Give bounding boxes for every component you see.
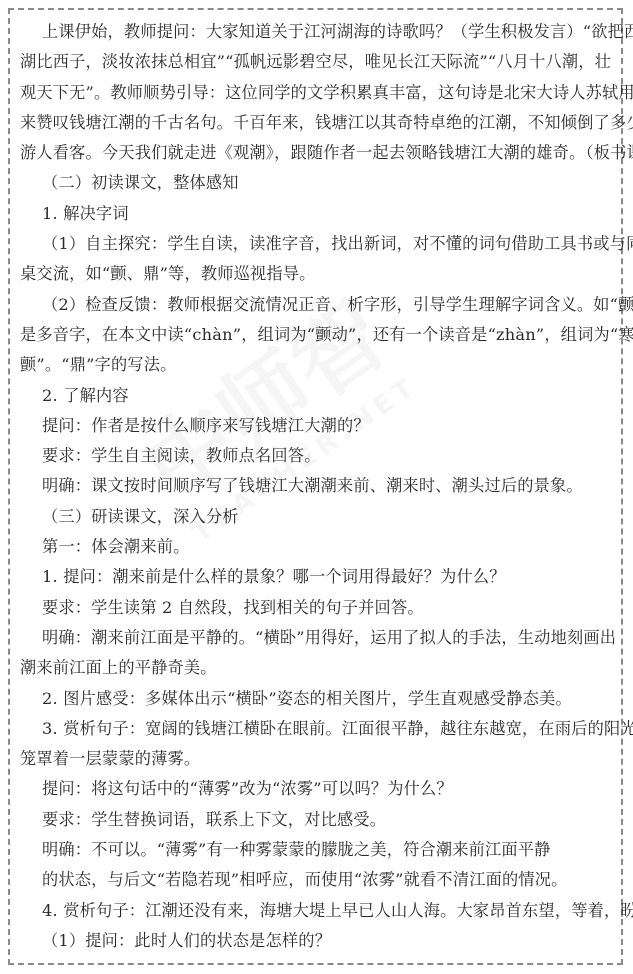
text-line: 笼罩着一层蒙蒙的薄雾。 bbox=[20, 744, 620, 774]
text-line: 明确：不可以。“薄雾”有一种雾蒙蒙的朦胧之美，符合潮来前江面平静 bbox=[20, 835, 620, 865]
text-line: 来赞叹钱塘江潮的千古名句。千百年来，钱塘江以其奇特卓绝的江潮，不知倾倒了多少 bbox=[20, 108, 620, 138]
text-line: 4. 赏析句子：江潮还没有来，海塘大堤上早已人山人海。大家昂首东望，等着，盼着。 bbox=[20, 896, 620, 926]
lesson-plan-text: 上课伊始，教师提问：大家知道关于江河湖海的诗歌吗？（学生积极发言）“欲把西湖比西… bbox=[20, 17, 620, 956]
text-line: 2. 图片感受：多媒体出示“横卧”姿态的相关图片，学生直观感受静态美。 bbox=[20, 684, 620, 714]
text-line: 3. 赏析句子：宽阔的钱塘江横卧在眼前。江面很平静，越往东越宽，在雨后的阳光下， bbox=[20, 714, 620, 744]
text-line: 桌交流，如“颤、鼎”等，教师巡视指导。 bbox=[20, 259, 620, 289]
text-line: 观天下无”。教师顺势引导：这位同学的文学积累真丰富，这句诗是北宋大诗人苏轼用 bbox=[20, 78, 620, 108]
text-line: 的状态，与后文“若隐若现”相呼应，而使用“浓雾”就看不清江面的情况。 bbox=[20, 865, 620, 895]
text-line: 1. 解决字词 bbox=[20, 199, 620, 229]
text-line: 1. 提问：潮来前是什么样的景象？哪一个词用得最好？为什么？ bbox=[20, 562, 620, 592]
text-line: 是多音字，在本文中读“chàn”，组词为“颤动”，还有一个读音是“zhàn”，组… bbox=[20, 320, 620, 350]
text-line: 要求：学生自主阅读，教师点名回答。 bbox=[20, 441, 620, 471]
text-line: 第一：体会潮来前。 bbox=[20, 532, 620, 562]
text-line: 要求：学生读第 2 自然段，找到相关的句子并回答。 bbox=[20, 593, 620, 623]
text-line: 湖比西子，淡妆浓抹总相宜”“孤帆远影碧空尽，唯见长江天际流”“八月十八潮，壮 bbox=[20, 47, 620, 77]
text-line: （三）研读课文，深入分析 bbox=[20, 502, 620, 532]
text-line: 要求：学生替换词语，联系上下文，对比感受。 bbox=[20, 805, 620, 835]
text-line: 2. 了解内容 bbox=[20, 381, 620, 411]
text-line: 游人看客。今天我们就走进《观潮》，跟随作者一起去领略钱塘江大潮的雄奇。（板书课题… bbox=[20, 138, 620, 168]
text-line: 提问：将这句话中的“薄雾”改为“浓雾”可以吗？为什么？ bbox=[20, 774, 620, 804]
text-line: （1）提问：此时人们的状态是怎样的？ bbox=[20, 926, 620, 956]
text-line: 明确：课文按时间顺序写了钱塘江大潮潮来前、潮来时、潮头过后的景象。 bbox=[20, 471, 620, 501]
text-line: 上课伊始，教师提问：大家知道关于江河湖海的诗歌吗？（学生积极发言）“欲把西 bbox=[20, 17, 620, 47]
text-line: （1）自主探究：学生自读，读准字音，找出新词，对不懂的词句借助工具书或与同 bbox=[20, 229, 620, 259]
text-line: （2）检查反馈：教师根据交流情况正音、析字形，引导学生理解字词含义。如“颤” bbox=[20, 290, 620, 320]
text-line: 潮来前江面上的平静奇美。 bbox=[20, 653, 620, 683]
text-line: 提问：作者是按什么顺序来写钱塘江大潮的？ bbox=[20, 411, 620, 441]
text-line: 颤”。“鼎”字的写法。 bbox=[20, 350, 620, 380]
text-line: 明确：潮来前江面是平静的。“横卧”用得好，运用了拟人的手法，生动地刻画出 bbox=[20, 623, 620, 653]
text-line: （二）初读课文，整体感知 bbox=[20, 168, 620, 198]
